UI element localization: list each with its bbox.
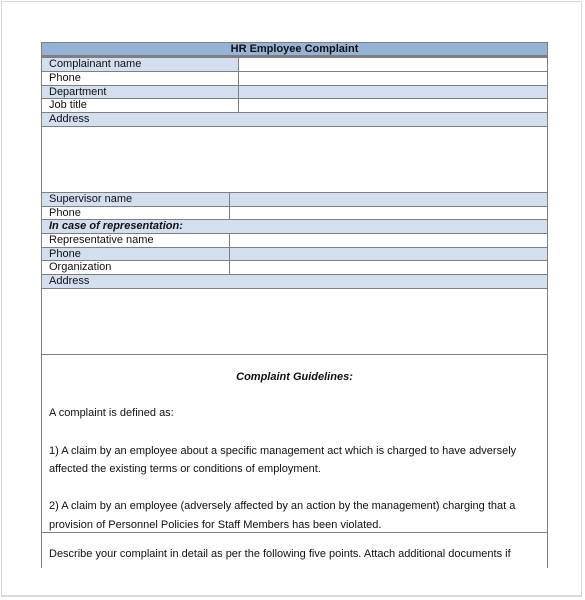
supervisor-phone-label: Phone [49, 207, 81, 219]
representative-phone-field[interactable] [229, 248, 547, 260]
representative-name-row: Representative name [42, 233, 547, 247]
complainant-address-label: Address [49, 113, 89, 125]
guidelines-intro: A complaint is defined as: [49, 407, 174, 419]
department-row: Department [42, 85, 547, 98]
supervisor-phone-field[interactable] [229, 207, 547, 219]
guideline-item-1-line-1: 1) A claim by an employee about a specif… [49, 445, 516, 457]
supervisor-name-label: Supervisor name [49, 193, 132, 205]
organization-row: Organization [42, 260, 547, 274]
job-title-label: Job title [49, 99, 87, 111]
representative-address-row: Address [42, 274, 547, 288]
supervisor-name-row: Supervisor name [42, 192, 547, 206]
representative-address-field[interactable] [42, 288, 547, 354]
job-title-field[interactable] [238, 99, 547, 112]
complainant-address-row: Address [42, 112, 547, 126]
department-label: Department [49, 86, 106, 98]
complainant-address-field[interactable] [42, 126, 547, 192]
representative-phone-row: Phone [42, 247, 547, 260]
representative-name-field[interactable] [229, 234, 547, 247]
complainant-phone-label: Phone [49, 72, 81, 84]
instructions-line-1: Describe your complaint in detail as per… [49, 548, 511, 560]
representative-phone-label: Phone [49, 248, 81, 260]
complaint-guidelines-cell: Complaint Guidelines: A complaint is def… [42, 354, 547, 532]
guideline-item-1-line-2: affected the existing terms or condition… [49, 463, 321, 475]
job-title-row: Job title [42, 98, 547, 112]
representation-heading: In case of representation: [49, 220, 183, 232]
complainant-name-label: Complainant name [49, 58, 141, 70]
complainant-name-field[interactable] [238, 58, 547, 71]
organization-label: Organization [49, 261, 111, 273]
instructions-cell: Describe your complaint in detail as per… [42, 532, 547, 568]
organization-field[interactable] [229, 261, 547, 274]
form-title: HR Employee Complaint [42, 42, 547, 57]
guideline-item-2-line-1: 2) A claim by an employee (adversely aff… [49, 500, 515, 512]
complaint-form-table: HR Employee Complaint Complainant name P… [41, 42, 548, 568]
supervisor-name-field[interactable] [229, 193, 547, 206]
department-field[interactable] [238, 86, 547, 98]
representative-address-label: Address [49, 275, 89, 287]
guideline-item-2-line-2: provision of Personnel Policies for Staf… [49, 519, 381, 531]
complainant-name-row: Complainant name [42, 57, 547, 71]
representation-heading-row: In case of representation: [42, 219, 547, 233]
complainant-phone-row: Phone [42, 71, 547, 85]
guidelines-heading: Complaint Guidelines: [42, 371, 547, 383]
complainant-phone-field[interactable] [238, 72, 547, 85]
supervisor-phone-row: Phone [42, 206, 547, 219]
representative-name-label: Representative name [49, 234, 154, 246]
